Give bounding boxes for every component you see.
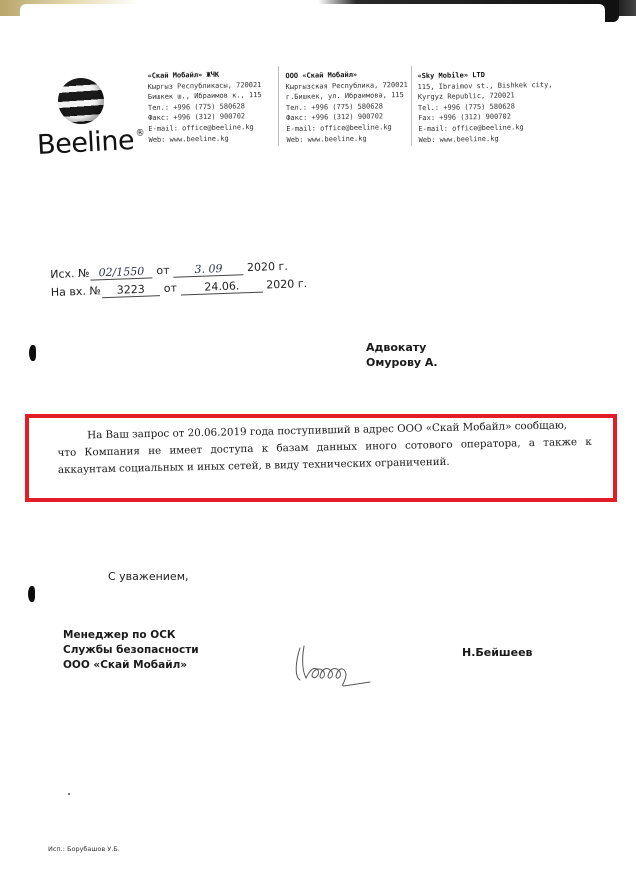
addressee-name: Омурову А. [366,355,438,370]
incoming-number: 3223 [102,282,160,298]
email-line: E-mail: office@beeline.kg [286,122,408,135]
scan-edge-top [0,0,636,16]
scan-corner-shadow [605,0,619,22]
incoming-date: 24.06. [181,279,263,296]
web-line: Web: www.beeline.kg [418,132,553,145]
outgoing-label: Исх. № [50,267,90,281]
addressee: Адвокату Омурову А. [366,340,438,370]
beeline-logo: Beeline® [36,74,136,174]
punch-hole-mark [28,586,35,602]
column-divider [278,66,279,146]
regards: С уважением, [108,570,189,583]
signer-title: Менеджер по ОСК Службы безопасности ООО … [63,628,199,673]
beeline-wordmark: Beeline® [36,124,145,161]
year: 2020 г. [266,277,307,291]
header-column-kyrgyz: «Скай Мобайл» ЖЧК Кыргыз Республикасы, 7… [147,69,262,145]
signer-position: Менеджер по ОСК [63,628,199,643]
header-column-russian: ООО «Скай Мобайл» Кыргызская Республика,… [285,69,408,145]
highlighted-body-box: На Ваш запрос от 20.06.2019 года поступи… [25,414,617,502]
email-line: E-mail: office@beeline.kg [148,122,262,135]
incoming-label: На вх. № [51,284,101,299]
from-word: от [156,264,170,277]
from-word: от [163,282,177,295]
scan-speck [68,793,70,795]
beeline-ball-icon [58,78,104,124]
signer-name: Н.Бейшеев [462,646,533,659]
letter-body: На Ваш запрос от 20.06.2019 года поступи… [57,417,604,479]
column-divider [411,66,412,146]
executor-note: Исп.: Борубашов У.Б. [48,845,120,853]
outgoing-number: 02/1550 [90,264,152,280]
registered-mark: ® [135,128,144,138]
signer-department: Службы безопасности [63,643,199,658]
brand-name: Beeline [36,125,134,161]
outgoing-date: 3. 09 [173,261,243,277]
signer-company: ООО «Скай Мобайл» [63,658,199,673]
punch-hole-mark [29,345,36,361]
header-column-english: «Sky Mobile» LTD 115, Ibraimov st., Bish… [417,69,553,145]
addressee-title: Адвокату [366,340,438,355]
web-line: Web: www.beeline.kg [148,133,262,146]
reference-block: Исх. №02/1550от3. 09 2020 г. На вх. №322… [50,259,307,304]
year: 2020 г. [247,260,288,274]
web-line: Web: www.beeline.kg [286,132,408,145]
handwritten-signature [290,640,380,690]
address-line: г.Бишкек, ул. Ибраимова, 115 [286,90,408,103]
